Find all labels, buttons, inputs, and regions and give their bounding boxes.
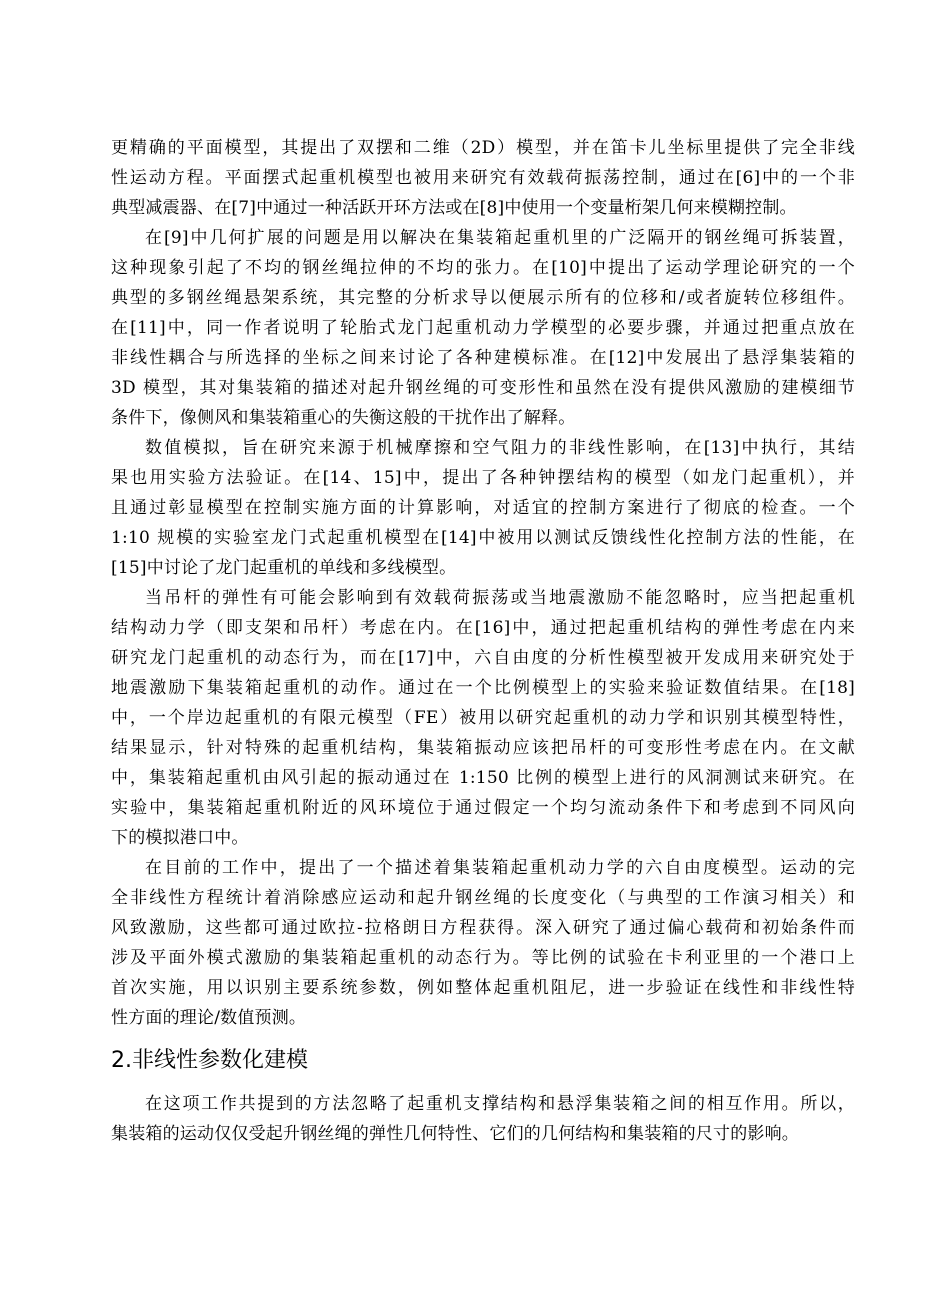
text-line: 在这项工作共提到的方法忽略了起重机支撑结构和悬浮集装箱之间的相互作用。所以， [111,1089,855,1119]
paragraph: 更精确的平面模型，其提出了双摆和二维（2D）模型，并在笛卡儿坐标里提供了完全非线… [111,133,855,223]
paragraph: 在目前的工作中，提出了一个描述着集装箱起重机动力学的六自由度模型。运动的完全非线… [111,853,855,1033]
text-line: 实验中，集装箱起重机附近的风环境位于通过假定一个均匀流动条件下和考虑到不同风向 [111,793,855,823]
paragraph: 当吊杆的弹性有可能会影响到有效载荷振荡或当地震激励不能忽略时，应当把起重机结构动… [111,583,855,853]
text-line: 下的模拟港口中。 [111,823,855,853]
paragraph: 在[9]中几何扩展的问题是用以解决在集装箱起重机里的广泛隔开的钢丝绳可拆装置，这… [111,223,855,433]
text-line: 且通过彰显模型在控制实施方面的计算影响，对适宜的控制方案进行了彻底的检查。一个 [111,493,855,523]
text-line: 性方面的理论/数值预测。 [111,1003,855,1033]
section-body-text: 在这项工作共提到的方法忽略了起重机支撑结构和悬浮集装箱之间的相互作用。所以，集装… [111,1089,855,1149]
text-line: 条件下，像侧风和集装箱重心的失衡这般的干扰作出了解释。 [111,403,855,433]
text-line: 当吊杆的弹性有可能会影响到有效载荷振荡或当地震激励不能忽略时，应当把起重机 [111,583,855,613]
document-page: 更精确的平面模型，其提出了双摆和二维（2D）模型，并在笛卡儿坐标里提供了完全非线… [111,133,855,1149]
text-line: [15]中讨论了龙门起重机的单线和多线模型。 [111,553,855,583]
text-line: 集装箱的运动仅仅受起升钢丝绳的弹性几何特性、它们的几何结构和集装箱的尺寸的影响。 [111,1119,855,1149]
text-line: 风致激励，这些都可通过欧拉-拉格朗日方程获得。深入研究了通过偏心载荷和初始条件而 [111,913,855,943]
text-line: 典型减震器、在[7]中通过一种活跃开环方法或在[8]中使用一个变量桁架几何来模糊… [111,193,855,223]
text-line: 结构动力学（即支架和吊杆）考虑在内。在[16]中，通过把起重机结构的弹性考虑在内… [111,613,855,643]
text-line: 数值模拟，旨在研究来源于机械摩擦和空气阻力的非线性影响，在[13]中执行，其结 [111,433,855,463]
text-line: 非线性耦合与所选择的坐标之间来讨论了各种建模标准。在[12]中发展出了悬浮集装箱… [111,343,855,373]
text-line: 果也用实验方法验证。在[14、15]中，提出了各种钟摆结构的模型（如龙门起重机）… [111,463,855,493]
paragraph: 在这项工作共提到的方法忽略了起重机支撑结构和悬浮集装箱之间的相互作用。所以，集装… [111,1089,855,1149]
text-line: 3D 模型，其对集装箱的描述对起升钢丝绳的可变形性和虽然在没有提供风激励的建模细… [111,373,855,403]
text-line: 性运动方程。平面摆式起重机模型也被用来研究有效载荷振荡控制，通过在[6]中的一个… [111,163,855,193]
text-line: 涉及平面外模式激励的集装箱起重机的动态行为。等比例的试验在卡利亚里的一个港口上 [111,943,855,973]
text-line: 研究龙门起重机的动态行为，而在[17]中，六自由度的分析性模型被开发成用来研究处… [111,643,855,673]
text-line: 更精确的平面模型，其提出了双摆和二维（2D）模型，并在笛卡儿坐标里提供了完全非线 [111,133,855,163]
text-line: 中，集装箱起重机由风引起的振动通过在 1:150 比例的模型上进行的风洞测试来研… [111,763,855,793]
text-line: 结果显示，针对特殊的起重机结构，集装箱振动应该把吊杆的可变形性考虑在内。在文献 [111,733,855,763]
text-line: 地震激励下集装箱起重机的动作。通过在一个比例模型上的实验来验证数值结果。在[18… [111,673,855,703]
section-heading: 2.非线性参数化建模 [111,1043,855,1079]
body-text: 更精确的平面模型，其提出了双摆和二维（2D）模型，并在笛卡儿坐标里提供了完全非线… [111,133,855,1033]
text-line: 这种现象引起了不均的钢丝绳拉伸的不均的张力。在[10]中提出了运动学理论研究的一… [111,253,855,283]
text-line: 1:10 规模的实验室龙门式起重机模型在[14]中被用以测试反馈线性化控制方法的… [111,523,855,553]
paragraph: 数值模拟，旨在研究来源于机械摩擦和空气阻力的非线性影响，在[13]中执行，其结果… [111,433,855,583]
text-line: 在目前的工作中，提出了一个描述着集装箱起重机动力学的六自由度模型。运动的完 [111,853,855,883]
text-line: 全非线性方程统计着消除感应运动和起升钢丝绳的长度变化（与典型的工作演习相关）和 [111,883,855,913]
text-line: 在[9]中几何扩展的问题是用以解决在集装箱起重机里的广泛隔开的钢丝绳可拆装置， [111,223,855,253]
text-line: 首次实施，用以识别主要系统参数，例如整体起重机阻尼，进一步验证在线性和非线性特 [111,973,855,1003]
text-line: 在[11]中，同一作者说明了轮胎式龙门起重机动力学模型的必要步骤，并通过把重点放… [111,313,855,343]
text-line: 典型的多钢丝绳悬架系统，其完整的分析求导以便展示所有的位移和/或者旋转位移组件。 [111,283,855,313]
text-line: 中，一个岸边起重机的有限元模型（FE）被用以研究起重机的动力学和识别其模型特性， [111,703,855,733]
